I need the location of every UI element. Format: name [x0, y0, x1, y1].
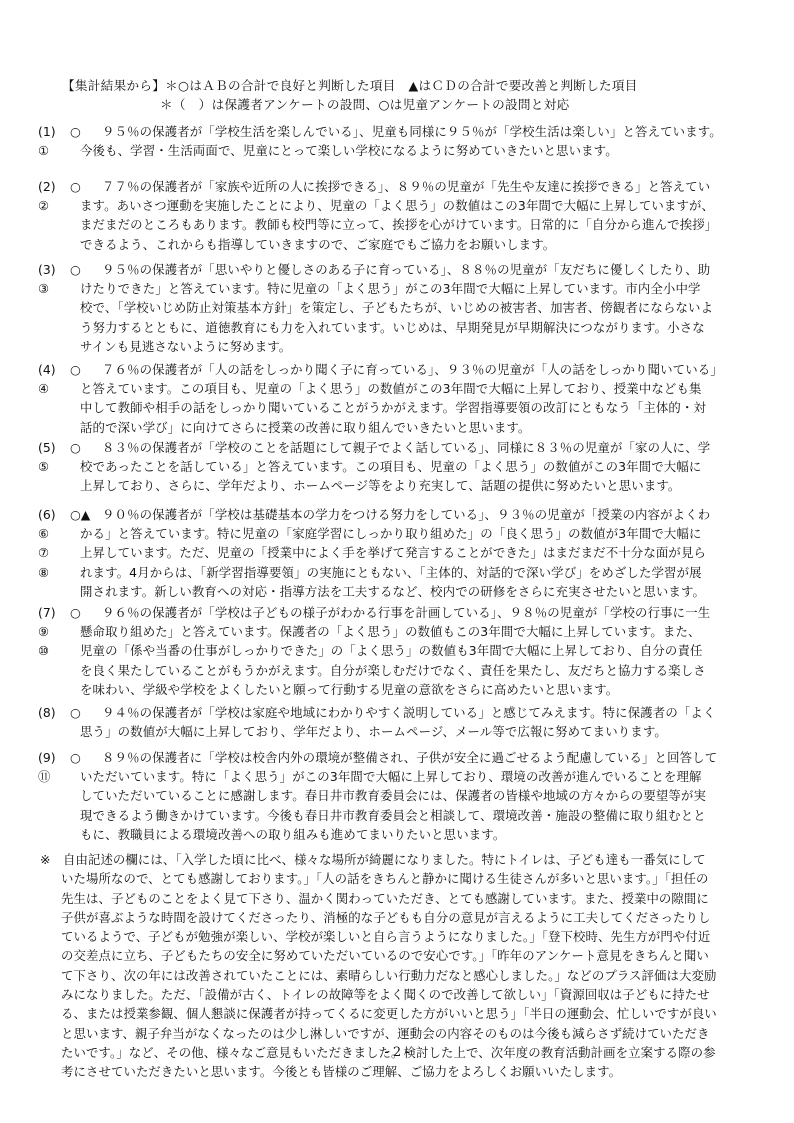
- item-text-line: 上昇しています。ただ、児童の「授業中によく手を挙げて発言することができた」はまだ…: [80, 543, 706, 562]
- item-text-line: していただいていることに感謝します。春日井市教育委員会には、保護者の皆様や地域の…: [80, 786, 706, 805]
- item-text-line: ます。あいさつ運動を実施したことにより、児童の「よく思う」の数値はこの3年間で大…: [80, 196, 714, 215]
- item-text-line: ７６％の保護者が「人の話をしっかり聞く子に育っている」、９３％の児童が「人の話を…: [102, 360, 723, 379]
- evaluation-mark: ○: [70, 122, 81, 141]
- item-text-line: ８９％の保護者に「学校は校舎内外の環境が整備され、子供が安全に過ごせるよう配慮し…: [102, 748, 717, 767]
- item-text-line: 懸命取り組めた」と答えています。保護者の「よく思う」の数値もこの3年間で大幅に上…: [80, 622, 701, 641]
- item-text-line: もに、教職員による環境改善への取り組みも進めてまいりたいと思います。: [80, 825, 505, 844]
- child-question-label: ⑥: [38, 524, 68, 543]
- survey-item-4: (4)○７６％の保護者が「人の話をしっかり聞く子に育っている」、９３％の児童が「…: [38, 360, 778, 437]
- child-question-label: ⑦: [38, 543, 68, 562]
- note-line: 子供が喜ぶような時間を設けてくださったり、消極的な子どもも自分の意見が言えるよう…: [40, 908, 775, 927]
- item-text-line: ９４％の保護者が「学校は家庭や地域にわかりやすく説明している」と感じてみえます。…: [102, 703, 716, 722]
- legend: 【集計結果から】＊○はＡＢの合計で良好と判断した項目 ▲はＣＤの合計で要改善と判…: [62, 76, 638, 114]
- child-question-label: ④: [38, 379, 68, 398]
- parent-question-label: (3): [38, 260, 68, 279]
- survey-item-5: (5)○８３％の保護者が「学校のことを話題にして親子でよく話している」、同様に８…: [38, 438, 778, 496]
- child-question-label: ⑤: [38, 457, 68, 476]
- survey-item-3: (3)○９５％の保護者が「思いやりと優しさのある子に育っている」、８８％の児童が…: [38, 260, 778, 356]
- item-text-line: 児童の「係や当番の仕事がしっかりできた」の「よく思う」の数値も3年間で大幅に上昇…: [80, 641, 703, 660]
- item-text-line: サインも見逃さないように努めます。: [80, 337, 291, 356]
- note-line: ているようで、子どもが勉強が楽しい、学校が楽しいと自ら言うようになりました。」「…: [40, 927, 775, 946]
- evaluation-mark: ○▲: [70, 505, 90, 524]
- item-text-line: できるよう、これからも指導していきますので、ご家庭でもご協力をお願いします。: [80, 235, 555, 254]
- item-text-line: 校で、「学校いじめ防止対策基本方針」を策定し、子どもたちが、いじめの被害者、加害…: [80, 298, 713, 317]
- item-text-line: 上昇しており、さらに、学年だより、ホームページ等をより充実して、話題の提供に努め…: [80, 476, 680, 495]
- survey-item-2: (2)○７７％の保護者が「家族や近所の人に挨拶できる」、８９％の児童が「先生や友…: [38, 177, 778, 254]
- evaluation-mark: ○: [70, 703, 81, 722]
- legend-line-1: 【集計結果から】＊○はＡＢの合計で良好と判断した項目 ▲はＣＤの合計で要改善と判…: [62, 76, 638, 95]
- item-text-line: 現できるよう働きかけています。今後も春日井市教育委員会と相談して、環境改善・施設…: [80, 806, 706, 825]
- parent-question-label: (7): [38, 603, 68, 622]
- evaluation-mark: ○: [70, 438, 81, 457]
- note-line: る、または授業参観、個人懇談に保護者が持ってくるに変更した方がいいと思う」「半日…: [40, 1004, 775, 1023]
- item-text-line: 今後も、学習・生活両面で、児童にとって楽しい学校になるように努めていきたいと思い…: [80, 141, 618, 160]
- evaluation-mark: ○: [70, 748, 81, 767]
- item-text-line: 開されます。新しい教育への対応・指導方法を工夫するなど、校内での研修をさらに充実…: [80, 582, 705, 601]
- note-line: て下さり、次の年には改善されていたことには、素晴らしい行動力だなと感心しました。…: [40, 966, 775, 985]
- item-text-line: れます。4月からは、「新学習指導要領」の実施にともない、「主体的、対話的で深い学…: [80, 563, 702, 582]
- legend-line-2: ＊（ ）は保護者アンケートの設問、○は児童アンケートの設問と対応: [62, 95, 638, 114]
- item-text-line: ７７％の保護者が「家族や近所の人に挨拶できる」、８９％の児童が「先生や友達に挨拶…: [102, 177, 710, 196]
- note-line: 考にさせていただきたいと思います。今後とも皆様のご理解、ご協力をよろしくお願いい…: [40, 1062, 775, 1081]
- item-text-line: かる」と答えています。特に児童の「家庭学習にしっかり取り組めた」の「良く思う」の…: [80, 524, 702, 543]
- document-page: 【集計結果から】＊○はＡＢの合計で良好と判断した項目 ▲はＣＤの合計で要改善と判…: [0, 0, 794, 1123]
- parent-question-label: (1): [38, 122, 68, 141]
- child-question-label: ⑪: [38, 767, 68, 786]
- item-text-line: ９５％の保護者が「学校生活を楽しんでいる」、児童も同様に９５％が「学校生活は楽し…: [102, 122, 722, 141]
- note-line: いた場所なので、とても感謝しております。」「人の話をきちんと静かに聞ける生徒さん…: [40, 869, 775, 888]
- survey-item-7: (7)○９６％の保護者が「学校は子どもの様子がわかる行事を計画している」、９８％…: [38, 603, 778, 699]
- item-text-line: ９０％の保護者が「学校は基礎基本の学力をつける努力をしている」、９３％の児童が「…: [102, 505, 710, 524]
- note-line: ※ 自由記述の欄には、「入学した頃に比べ、様々な場所が綺麗になりました。特にトイ…: [40, 850, 775, 869]
- note-line: 先生は、子どものことをよく見て下さり、温かく関わっていただき、とても感謝していま…: [40, 889, 775, 908]
- parent-question-label: (2): [38, 177, 68, 196]
- item-text-line: ９６％の保護者が「学校は子どもの様子がわかる行事を計画している」、９８％の児童が…: [102, 603, 710, 622]
- child-question-label: ①: [38, 141, 68, 160]
- child-question-label: ②: [38, 196, 68, 215]
- survey-item-8: (8)○９４％の保護者が「学校は家庭や地域にわかりやすく説明している」と感じてみ…: [38, 703, 778, 741]
- item-text-line: 中して教師や相手の話をしっかり聞いていることがうかがえます。学習指導要領の改訂に…: [80, 398, 706, 417]
- survey-item-1: (1)○９５％の保護者が「学校生活を楽しんでいる」、児童も同様に９５％が「学校生…: [38, 122, 778, 160]
- parent-question-label: (5): [38, 438, 68, 457]
- parent-question-label: (4): [38, 360, 68, 379]
- item-text-line: ９５％の保護者が「思いやりと優しさのある子に育っている」、８８％の児童が「友だち…: [102, 260, 710, 279]
- item-text-line: 校であったことを話している」と答えています。この項目も、児童の「よく思う」の数値…: [80, 457, 701, 476]
- child-question-label: ⑨: [38, 622, 68, 641]
- item-text-line: まだまだのところもあります。教師も校門等に立って、挨拶を心がけています。日常的に…: [80, 215, 717, 234]
- evaluation-mark: ○: [70, 603, 81, 622]
- evaluation-mark: ○: [70, 260, 81, 279]
- evaluation-mark: ○: [70, 177, 81, 196]
- note-line: の交差点に立ち、子どもたちの安全に努めていただいているので安心です。」「昨年のア…: [40, 946, 775, 965]
- parent-question-label: (8): [38, 703, 68, 722]
- child-question-label: ③: [38, 279, 68, 298]
- evaluation-mark: ○: [70, 360, 81, 379]
- item-text-line: と答えています。この項目も、児童の「よく思う」の数値がこの3年間で大幅に上昇して…: [80, 379, 702, 398]
- item-text-line: けたりできた」と答えています。特に児童の「よく思う」がこの3年間で大幅に上昇して…: [80, 279, 701, 298]
- item-text-line: いただいています。特に「よく思う」がこの3年間で大幅に上昇しており、環境の改善が…: [80, 767, 702, 786]
- item-text-line: 思う」の数値が大幅に上昇しており、学年だより、ホームページ、メール等で広報に努め…: [80, 722, 667, 741]
- item-text-line: を味わい、学級や学校をよくしたいと願って行動する児童の意欲をさらに高めたいと思い…: [80, 680, 618, 699]
- child-question-label: ⑧: [38, 563, 68, 582]
- child-question-label: ⑩: [38, 641, 68, 660]
- note-line: みになりました。ただ、「設備が古く、トイレの故障等をよく聞くので改善して欲しい」…: [40, 985, 775, 1004]
- survey-item-6: (6)○▲９０％の保護者が「学校は基礎基本の学力をつける努力をしている」、９３％…: [38, 505, 778, 601]
- item-text-line: ８３％の保護者が「学校のことを話題にして親子でよく話している」、同様に８３％の児…: [102, 438, 710, 457]
- item-text-line: う努力するとともに、道徳教育にも力を入れています。いじめは、早期発見が早期解決に…: [80, 318, 705, 337]
- item-text-line: を良く果たしていることがもうかがえます。自分が楽しむだけでなく、責任を果たし、友…: [80, 661, 706, 680]
- parent-question-label: (6): [38, 505, 68, 524]
- item-text-line: 話的で深い学び」に向けてさらに授業の改善に取り組んでいきたいと思います。: [80, 418, 530, 437]
- page-number: - 2 -: [0, 1045, 794, 1060]
- parent-question-label: (9): [38, 748, 68, 767]
- survey-item-9: (9)○８９％の保護者に「学校は校舎内外の環境が整備され、子供が安全に過ごせるよ…: [38, 748, 778, 844]
- note-line: と思います、親子弁当がなくなったのは少し淋しいですが、運動会の内容そのものは今後…: [40, 1024, 775, 1043]
